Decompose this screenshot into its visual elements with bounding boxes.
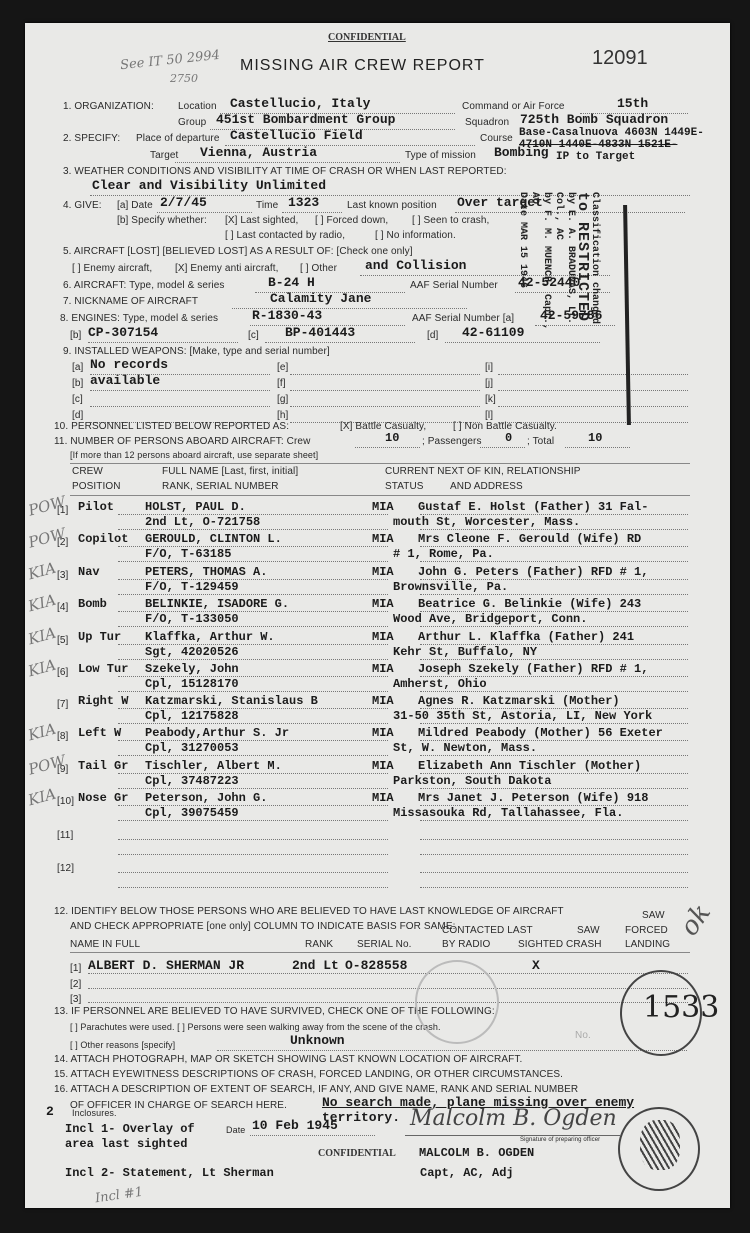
crew-rank-serial: Cpl, 37487223: [145, 774, 239, 788]
engine-type-value: R-1830-43: [252, 308, 322, 323]
section6-label: 6. AIRCRAFT: Type, model & series: [63, 280, 225, 291]
specify-whether-label: [b] Specify whether:: [117, 215, 207, 226]
squadron-value: 725th Bomb Squadron: [520, 112, 668, 127]
crew-position: Tail Gr: [78, 759, 128, 773]
crew-rank-serial: Cpl, 39075459: [145, 806, 239, 820]
section7-label: 7. NICKNAME OF AIRCRAFT: [63, 296, 198, 307]
col-next-of-kin-label: CURRENT NEXT OF KIN, RELATIONSHIP: [385, 466, 581, 477]
next-of-kin-line2: Missasouka Rd, Tallahassee, Fla.: [393, 806, 623, 820]
engine-serial-label: AAF Serial Number [a]: [412, 313, 514, 324]
stamp-line3: by E. A. BRADUNAS, Lt. Col., AC: [552, 192, 576, 342]
crew-rank-serial: F/O, T-133050: [145, 612, 239, 626]
next-of-kin-line2: 31-50 35th St, Astoria, LI, New York: [393, 709, 652, 723]
next-of-kin-line2: Wood Ave, Bridgeport, Conn.: [393, 612, 587, 626]
group-value: 451st Bombardment Group: [216, 112, 395, 127]
command-value: 15th: [617, 96, 648, 111]
col-full-name-label: FULL NAME [Last, first, initial]: [162, 466, 298, 477]
group-label: Group: [178, 117, 206, 128]
crew-name: GEROULD, CLINTON L.: [145, 532, 282, 546]
inclosures-count: 2: [46, 1104, 54, 1119]
crew-row-number: [6]: [57, 667, 68, 678]
section12-label-line1: 12. IDENTIFY BELOW THOSE PERSONS WHO ARE…: [54, 906, 564, 917]
crew-rank-serial: F/O, T-129459: [145, 580, 239, 594]
crew-position: Right W: [78, 694, 128, 708]
col-forced-label: FORCED: [625, 925, 668, 936]
stamp-date: Date MAR 15 1946: [516, 192, 528, 342]
signature-label: Signature of preparing officer: [520, 1137, 600, 1143]
course-label: Course: [480, 133, 513, 144]
engine-serial-c: BP-401443: [285, 325, 355, 340]
crew-position: Pilot: [78, 500, 114, 514]
passengers-count: 0: [505, 431, 512, 445]
next-of-kin-line2: Amherst, Ohio: [393, 677, 487, 691]
stamp-restricted: to RESTRICTED: [576, 192, 588, 342]
weather-value: Clear and Visibility Unlimited: [92, 178, 326, 193]
crew-name: Szekely, John: [145, 662, 239, 676]
col-by-radio: BY RADIO: [442, 939, 490, 950]
next-of-kin-line1: Arthur L. Klaffka (Father) 241: [418, 630, 634, 644]
other-cause-checkbox[interactable]: [ ] Other: [300, 263, 337, 274]
weapon-slot-g-label: [g]: [277, 394, 288, 405]
weapon-slot-l-label: [l]: [485, 410, 493, 421]
weapon-slot-d-label: [d]: [72, 410, 83, 421]
next-of-kin-line1: Mildred Peabody (Mother) 56 Exeter: [418, 726, 663, 740]
enemy-aircraft-checkbox[interactable]: [ ] Enemy aircraft,: [72, 263, 152, 274]
mission-type-value: Bombing: [494, 145, 549, 160]
no-information-checkbox[interactable]: [ ] No information.: [375, 230, 456, 241]
total-count: 10: [588, 431, 602, 445]
crew-status: MIA: [372, 597, 394, 611]
last-sighted-checkbox[interactable]: [X] Last sighted,: [225, 215, 298, 226]
classification-header: CONFIDENTIAL: [328, 32, 406, 43]
officer-rank: Capt, AC, Adj: [420, 1166, 514, 1180]
aircraft-type-value: B-24 H: [268, 275, 315, 290]
crew-name: Peabody,Arthur S. Jr: [145, 726, 289, 740]
col-sighted: SIGHTED CRASH: [518, 939, 602, 950]
inclosures-label: Inclosures.: [72, 1108, 117, 1118]
crew-status: MIA: [372, 759, 394, 773]
forced-down-checkbox[interactable]: [ ] Forced down,: [315, 215, 388, 226]
report-number: 12091: [592, 47, 648, 70]
weapon-slot-h-label: [h]: [277, 410, 288, 421]
time-value: 1323: [288, 195, 319, 210]
crew-row-number: [11]: [57, 830, 73, 841]
col-serial: SERIAL No.: [357, 939, 412, 950]
crew-count: 10: [385, 431, 399, 445]
date-prepared-label: Date: [226, 1125, 245, 1135]
crew-row-number: [8]: [57, 731, 68, 742]
position-label: Last known position: [347, 200, 437, 211]
crew-status: MIA: [372, 532, 394, 546]
crew-name: Tischler, Albert M.: [145, 759, 282, 773]
date-label: [a] Date: [117, 200, 153, 211]
target-label: Target: [150, 150, 178, 161]
crew-rank-serial: Cpl, 15128170: [145, 677, 239, 691]
section8-label: 8. ENGINES: Type, model & series: [60, 313, 218, 324]
crew-name: HOLST, PAUL D.: [145, 500, 246, 514]
engine-c-label: [c]: [248, 330, 259, 341]
col-crew-label: CREW: [72, 466, 103, 477]
crew-name: Klaffka, Arthur W.: [145, 630, 275, 644]
weapon-slot-a-value: No records: [90, 357, 168, 372]
crew-row-number: [4]: [57, 602, 68, 613]
witness-rank: 2nd Lt: [292, 958, 339, 973]
next-of-kin-line1: Mrs Cleone F. Gerould (Wife) RD: [418, 532, 641, 546]
weapon-slot-f-label: [f]: [277, 378, 286, 389]
last-sighted-mark: X: [532, 958, 540, 973]
other-cause-value: and Collision: [365, 258, 466, 273]
other-reasons-value: Unknown: [290, 1033, 345, 1048]
crew-name: Peterson, John G.: [145, 791, 267, 805]
section14-label: 14. ATTACH PHOTOGRAPH, MAP OR SKETCH SHO…: [54, 1054, 522, 1065]
inclosure-1-line2: area last sighted: [65, 1137, 187, 1151]
next-of-kin-line1: Agnes R. Katzmarski (Mother): [418, 694, 620, 708]
witness-row-2-num: [2]: [70, 979, 81, 990]
crew-position: Low Tur: [78, 662, 128, 676]
section1-label: 1. ORGANIZATION:: [63, 101, 154, 112]
crew-row-number: [12]: [57, 863, 74, 874]
enemy-anti-aircraft-checkbox[interactable]: [X] Enemy anti aircraft,: [175, 263, 279, 274]
next-of-kin-line2: Parkston, South Dakota: [393, 774, 551, 788]
stamp-no-label: No.: [575, 1030, 591, 1041]
col-address-label: AND ADDRESS: [450, 481, 523, 492]
weapon-slot-e-label: [e]: [277, 362, 288, 373]
section9-label: 9. INSTALLED WEAPONS: [Make, type and se…: [63, 346, 330, 357]
stamp-number: 1533: [643, 990, 719, 1025]
next-of-kin-line1: Gustaf E. Holst (Father) 31 Fal-: [418, 500, 648, 514]
section5-label: 5. AIRCRAFT [LOST] [BELIEVED LOST] AS A …: [63, 246, 413, 257]
seen-to-crash-checkbox[interactable]: [ ] Seen to crash,: [412, 215, 489, 226]
passengers-label: ; Passengers: [422, 436, 482, 447]
next-of-kin-line1: Joseph Szekely (Father) RFD # 1,: [418, 662, 648, 676]
next-of-kin-line2: mouth St, Worcester, Mass.: [393, 515, 580, 529]
section16-label-line1: 16. ATTACH A DESCRIPTION OF EXTENT OF SE…: [54, 1084, 578, 1095]
weapon-slot-j-label: [j]: [485, 378, 493, 389]
section4-label: 4. GIVE:: [63, 200, 102, 211]
crew-position: Up Tur: [78, 630, 121, 644]
section11-note: [If more than 12 persons aboard aircraft…: [70, 450, 318, 460]
section10-label: 10. PERSONNEL LISTED BELOW REPORTED AS:: [54, 421, 289, 432]
weapon-slot-k-label: [k]: [485, 394, 496, 405]
date-value: 2/7/45: [160, 195, 207, 210]
witness-name: ALBERT D. SHERMAN JR: [88, 958, 244, 973]
col-rank: RANK: [305, 939, 333, 950]
reclassification-stamp: Classification changed to RESTRICTED by …: [516, 192, 600, 342]
crew-status: MIA: [372, 791, 394, 805]
next-of-kin-line1: Mrs Janet J. Peterson (Wife) 918: [418, 791, 648, 805]
engine-b-label: [b]: [70, 330, 81, 341]
handwritten-reference-number: 2750: [170, 72, 198, 85]
crew-rank-serial: Cpl, 12175828: [145, 709, 239, 723]
location-label: Location: [178, 101, 217, 112]
crew-row-number: [10]: [57, 796, 74, 807]
aircraft-nickname-value: Calamity Jane: [270, 291, 371, 306]
weapon-slot-b-value: available: [90, 373, 160, 388]
course-line1: Base-Casalnuova 4603N 1449E-: [519, 127, 704, 139]
aircraft-serial-label: AAF Serial Number: [410, 280, 498, 291]
section3-label: 3. WEATHER CONDITIONS AND VISIBILITY AT …: [63, 166, 507, 177]
next-of-kin-line2: Kehr St, Buffalo, NY: [393, 645, 537, 659]
col-saw-crash-label-top: SAW: [577, 925, 600, 936]
crew-position: Nav: [78, 565, 100, 579]
crew-row-number: [5]: [57, 635, 68, 646]
crew-rank-serial: 2nd Lt, O-721758: [145, 515, 260, 529]
crew-row-number: [7]: [57, 699, 68, 710]
crew-name: BELINKIE, ISADORE G.: [145, 597, 289, 611]
crew-name: Katzmarski, Stanislaus B: [145, 694, 318, 708]
engine-serial-b: CP-307154: [88, 325, 158, 340]
crew-rank-serial: F/O, T-63185: [145, 547, 231, 561]
course-line3: IP to Target: [556, 151, 635, 163]
col-rank-serial-label: RANK, SERIAL NUMBER: [162, 481, 279, 492]
page-title: MISSING AIR CREW REPORT: [240, 57, 485, 75]
crew-rank-serial: Cpl, 31270053: [145, 741, 239, 755]
crew-status: MIA: [372, 565, 394, 579]
witness-row-3-num: [3]: [70, 994, 81, 1005]
command-label: Command or Air Force: [462, 101, 565, 112]
departure-label: Place of departure: [136, 133, 220, 144]
parachutes-walking-checkboxes[interactable]: [ ] Parachutes were used. [ ] Persons we…: [70, 1022, 441, 1032]
engine-d-label: [d]: [427, 330, 438, 341]
col-position-label: POSITION: [72, 481, 121, 492]
col-saw-label: SAW: [642, 910, 665, 921]
stamp-line4: by F. M. MUENCH, Capt., AO: [528, 192, 552, 342]
inclosure-2: Incl 2- Statement, Lt Sherman: [65, 1166, 274, 1180]
crew-status: MIA: [372, 726, 394, 740]
col-status-label: STATUS: [385, 481, 424, 492]
next-of-kin-line2: # 1, Rome, Pa.: [393, 547, 494, 561]
witness-row-1-num: [1]: [70, 963, 81, 974]
next-of-kin-line2: St, W. Newton, Mass.: [393, 741, 537, 755]
col-landing: LANDING: [625, 939, 670, 950]
section11-label: 11. NUMBER OF PERSONS ABOARD AIRCRAFT: C…: [54, 436, 310, 447]
last-contacted-radio-checkbox[interactable]: [ ] Last contacted by radio,: [225, 230, 345, 241]
inclosure-1-line1: Incl 1- Overlay of: [65, 1122, 195, 1136]
section2-label: 2. SPECIFY:: [63, 133, 120, 144]
crew-status: MIA: [372, 694, 394, 708]
mission-type-label: Type of mission: [405, 150, 476, 161]
time-label: Time: [256, 200, 278, 211]
col-name-in-full: NAME IN FULL: [70, 939, 140, 950]
section15-label: 15. ATTACH EYEWITNESS DESCRIPTIONS OF CR…: [54, 1069, 563, 1080]
faint-stamp: [415, 960, 499, 1044]
crew-status: MIA: [372, 500, 394, 514]
section12-label-line2: AND CHECK APPROPRIATE [one only] COLUMN …: [70, 921, 456, 932]
next-of-kin-line1: John G. Peters (Father) RFD # 1,: [418, 565, 648, 579]
officer-name: MALCOLM B. OGDEN: [419, 1146, 534, 1160]
date-prepared-value: 10 Feb 1945: [252, 1118, 338, 1133]
total-label: ; Total: [527, 436, 554, 447]
crew-status: MIA: [372, 662, 394, 676]
classification-footer: CONFIDENTIAL: [318, 1148, 396, 1159]
next-of-kin-line2: Brownsville, Pa.: [393, 580, 508, 594]
battle-casualty-checkbox[interactable]: [X] Battle Casualty,: [340, 421, 426, 432]
next-of-kin-line1: Elizabeth Ann Tischler (Mother): [418, 759, 641, 773]
target-value: Vienna, Austria: [200, 145, 317, 160]
squadron-label: Squadron: [465, 117, 509, 128]
witness-serial: O-828558: [345, 958, 407, 973]
crew-name: PETERS, THOMAS A.: [145, 565, 267, 579]
col-contacted-label: CONTACTED LAST: [442, 925, 533, 936]
weapon-slot-c-label: [c]: [72, 394, 83, 405]
crew-status: MIA: [372, 630, 394, 644]
next-of-kin-line1: Beatrice G. Belinkie (Wife) 243: [418, 597, 641, 611]
weapon-slot-i-label: [i]: [485, 362, 493, 373]
location-value: Castellucio, Italy: [230, 96, 370, 111]
crew-position: Nose Gr: [78, 791, 128, 805]
scribbled-stamp-mark: [640, 1120, 680, 1170]
weapon-slot-a-label: [a]: [72, 362, 83, 373]
crew-position: Bomb: [78, 597, 107, 611]
crew-position: Left W: [78, 726, 121, 740]
weapon-slot-b-label: [b]: [72, 378, 83, 389]
crew-position: Copilot: [78, 532, 128, 546]
crew-rank-serial: Sgt, 42020526: [145, 645, 239, 659]
crew-row-number: [3]: [57, 570, 68, 581]
departure-value: Castellucio Field: [230, 128, 363, 143]
other-reasons-checkbox[interactable]: [ ] Other reasons [specify]: [70, 1040, 175, 1050]
officer-signature: Malcolm B. Ogden: [410, 1106, 617, 1131]
